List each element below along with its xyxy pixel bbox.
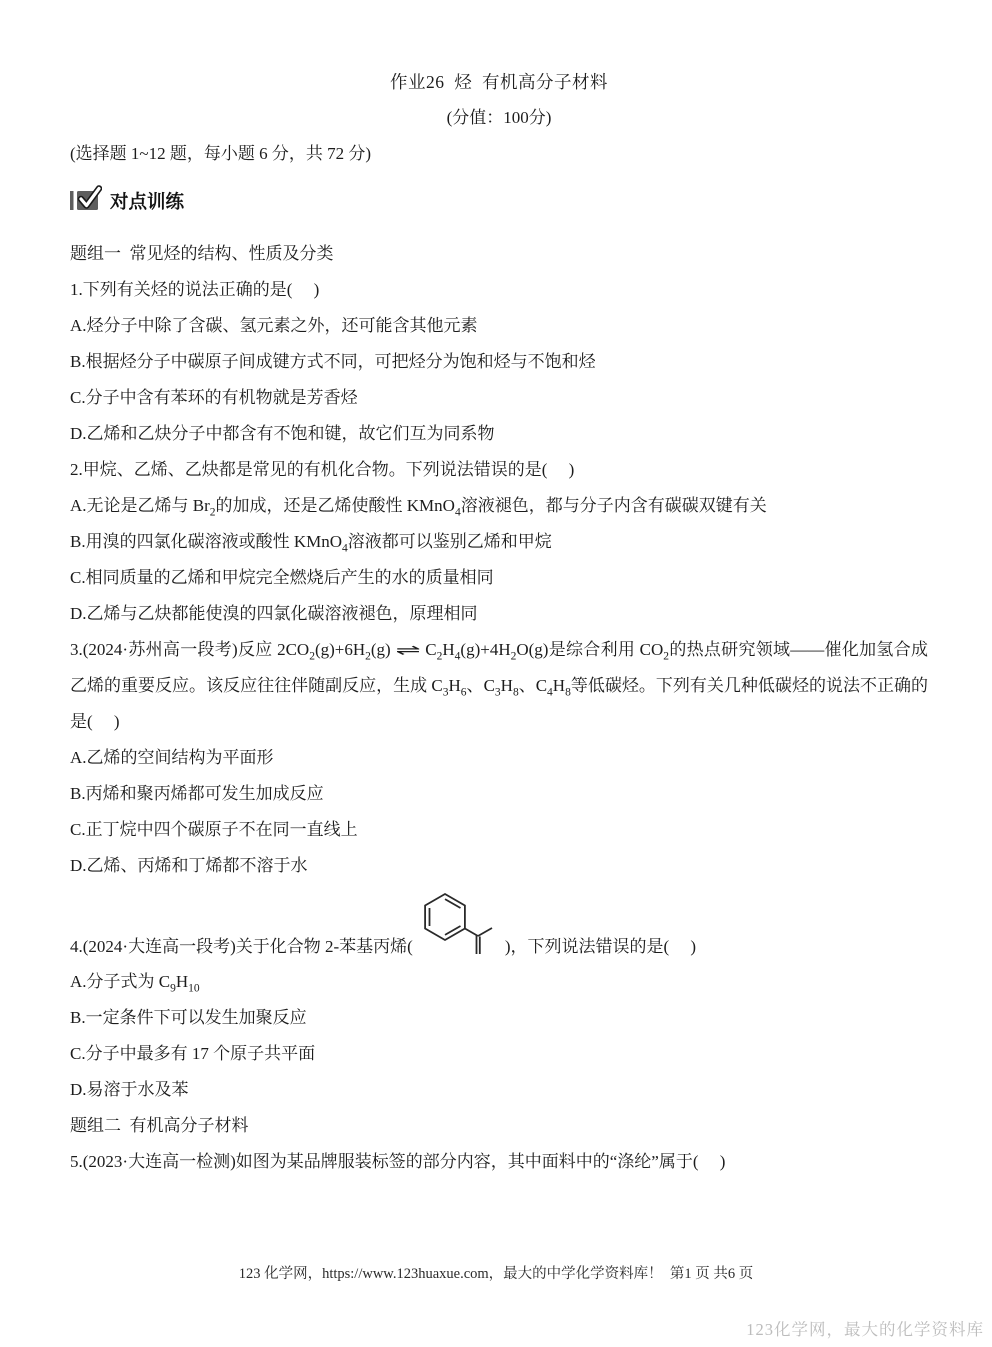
question-3-option-a: A.乙烯的空间结构为平面形 bbox=[70, 740, 928, 776]
checked-checkbox-icon bbox=[70, 185, 102, 217]
question-1-option-a: A.烃分子中除了含碳、氢元素之外，还可能含其他元素 bbox=[70, 308, 928, 344]
question-1-option-b: B.根据烃分子中碳原子间成键方式不同，可把烃分为饱和烃与不饱和烃 bbox=[70, 344, 928, 380]
question-1-option-d: D.乙烯和乙炔分子中都含有不饱和键，故它们互为同系物 bbox=[70, 416, 928, 452]
worksheet-content: 作业26 烃 有机高分子材料 (分值：100分) (选择题 1~12 题，每小题… bbox=[0, 0, 992, 1180]
note-line: (选择题 1~12 题，每小题 6 分，共 72 分) bbox=[70, 136, 928, 172]
question-4-option-d: D.易溶于水及苯 bbox=[70, 1072, 928, 1108]
question-4-option-b: B.一定条件下可以发生加聚反应 bbox=[70, 1000, 928, 1036]
question-3-option-b: B.丙烯和聚丙烯都可发生加成反应 bbox=[70, 776, 928, 812]
question-3-option-d: D.乙烯、丙烯和丁烯都不溶于水 bbox=[70, 848, 928, 884]
page-title: 作业26 烃 有机高分子材料 bbox=[70, 64, 928, 100]
score-line: (分值：100分) bbox=[70, 100, 928, 136]
question-3-option-c: C.正丁烷中四个碳原子不在同一直线上 bbox=[70, 812, 928, 848]
watermark: 123化学网，最大的化学资料库 bbox=[746, 1316, 984, 1340]
2-phenylpropene-structure-icon bbox=[415, 890, 503, 960]
question-5-stem: 5.(2023·大连高一检测)如图为某品牌服装标签的部分内容，其中面料中的“涤纶… bbox=[70, 1144, 928, 1180]
section-title: 对点训练 bbox=[110, 188, 184, 214]
question-2-option-d: D.乙烯与乙炔都能使溴的四氯化碳溶液褪色，原理相同 bbox=[70, 596, 928, 632]
question-2-option-c: C.相同质量的乙烯和甲烷完全燃烧后产生的水的质量相同 bbox=[70, 560, 928, 596]
question-2-stem: 2.甲烷、乙烯、乙炔都是常见的有机化合物。下列说法错误的是( ) bbox=[70, 452, 928, 488]
question-3-stem: 3.(2024·苏州高一段考)反应 2CO2(g)+6H2(g)⇌C2H4(g)… bbox=[70, 632, 928, 740]
group-2-title: 题组二 有机高分子材料 bbox=[70, 1108, 928, 1144]
group-1-title: 题组一 常见烃的结构、性质及分类 bbox=[70, 236, 928, 272]
question-2-option-b: B.用溴的四氯化碳溶液或酸性 KMnO4溶液都可以鉴别乙烯和甲烷 bbox=[70, 524, 928, 560]
worksheet-page: 作业26 烃 有机高分子材料 (分值：100分) (选择题 1~12 题，每小题… bbox=[0, 0, 992, 1347]
question-4-stem-prefix: 4.(2024·大连高一段考)关于化合物 2-苯基丙烯( bbox=[70, 930, 413, 964]
page-footer: 123 化学网，https://www.123huaxue.com，最大的中学化… bbox=[0, 1262, 992, 1283]
question-2-option-a: A.无论是乙烯与 Br2的加成，还是乙烯使酸性 KMnO4溶液褪色，都与分子内含… bbox=[70, 488, 928, 524]
question-1-stem: 1.下列有关烃的说法正确的是( ) bbox=[70, 272, 928, 308]
question-4-stem: 4.(2024·大连高一段考)关于化合物 2-苯基丙烯( )，下列说法错误的是(… bbox=[70, 884, 928, 964]
section-header: 对点训练 bbox=[70, 186, 928, 216]
question-4-stem-suffix: )，下列说法错误的是( ) bbox=[505, 930, 696, 964]
question-4-option-a: A.分子式为 C9H10 bbox=[70, 964, 928, 1000]
question-4-option-c: C.分子中最多有 17 个原子共平面 bbox=[70, 1036, 928, 1072]
question-1-option-c: C.分子中含有苯环的有机物就是芳香烃 bbox=[70, 380, 928, 416]
